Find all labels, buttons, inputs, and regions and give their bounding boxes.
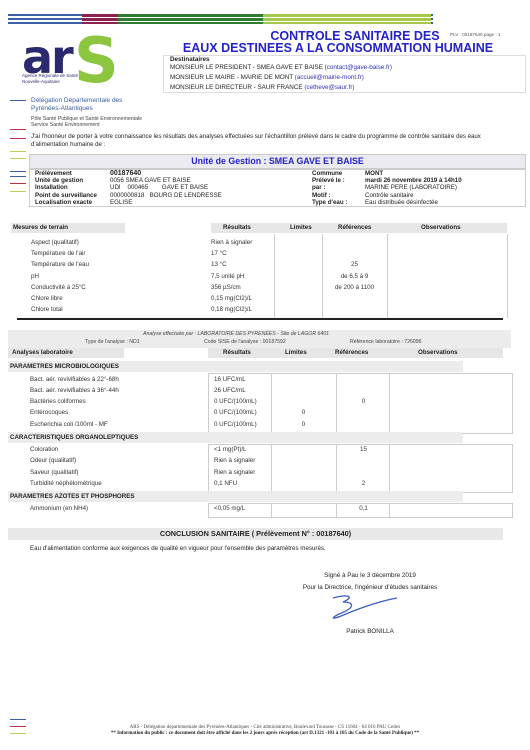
recipient-item: MONSIEUR LE DIRECTEUR - SAUR FRANCE (cet…: [170, 83, 525, 93]
lab-performed-by: Analyse effectuée par : LABORATOIRE DES …: [143, 331, 329, 337]
signature-place-date: Signé à Pau le 3 décembre 2019: [255, 572, 485, 579]
info-row: Installation UDI 000465 GAVE ET BAISE pa…: [30, 184, 525, 191]
recipient-name: MONSIEUR LE PRESIDENT - SMEA GAVE ET BAI…: [170, 64, 323, 71]
stripe-line: [82, 14, 118, 24]
param-name: Chlore total: [31, 304, 63, 315]
param-limit: 0: [276, 419, 331, 430]
lab-section-title: PARAMETRES MICROBIOLOGIQUES: [8, 361, 463, 372]
signatory-name: Patrick BONILLA: [255, 628, 485, 635]
lab-analysis-row: Coloration<1 mg(Pt)/L15: [0, 444, 530, 455]
param-reference: de 200 à 1100: [322, 282, 387, 293]
side-line-green: [10, 151, 26, 152]
col-references: Références: [335, 348, 368, 358]
signature-scribble-icon: [325, 592, 400, 624]
delegation-name: Délégation Départementale des Pyrénées-A…: [31, 97, 122, 113]
field-measures-header: Résultats Limites Références Observation…: [211, 223, 507, 233]
field-measure-row: Chlore libre0,15 mg(Cl2)/L: [0, 293, 530, 304]
info-value: Contrôle sanitaire: [365, 192, 414, 199]
param-name: Conductivité à 25°C: [31, 282, 86, 293]
info-label: Installation: [35, 184, 68, 191]
param-name: Bactéries coliformes: [30, 396, 86, 407]
col-limits: Limites: [285, 348, 307, 358]
info-value: 00187640: [110, 170, 141, 177]
col-references: Références: [338, 223, 371, 233]
footer-address: ARS - Délégation départementale des Pyré…: [0, 725, 530, 730]
info-value: Eau distribuée désinfectée: [365, 199, 438, 206]
param-name: Ammonium (en NH4): [30, 503, 88, 514]
param-name: Chlore libre: [31, 293, 63, 304]
param-name: Escherichia coli /100ml - MF: [30, 419, 108, 430]
field-measure-row: Température de l'air17 °C: [0, 248, 530, 259]
param-name: Coloration: [30, 444, 58, 455]
param-name: Bact. aér. revivifiables à 36°-44h: [30, 385, 119, 396]
param-result: 7,5 unité pH: [211, 271, 244, 282]
intro-text: J'ai l'honneur de porter à votre connais…: [31, 133, 501, 148]
lab-analysis-row: Bact. aér. revivifiables à 22°-68h16 UFC…: [0, 374, 530, 385]
field-measure-row: Aspect (qualitatif)Rien à signaler: [0, 237, 530, 248]
lab-analysis-row: Turbidité néphélométrique0,1 NFU2: [0, 478, 530, 489]
param-result: Rien à signaler: [211, 237, 252, 248]
lab-section-title: CARACTERISTIQUES ORGANOLEPTIQUES: [8, 432, 463, 443]
sample-info-table: Prélèvement 00187640 Commune MONT Unité …: [29, 169, 526, 207]
lab-analysis-row: Escherichia coli /100ml - MF0 UFC/(100mL…: [0, 419, 530, 430]
field-measures-title: Mesures de terrain: [11, 223, 125, 233]
lab-analysis-row: Ammonium (en NH4)<0,05 mg/L0,1: [0, 503, 530, 514]
col-observations: Observations: [421, 223, 461, 233]
side-line-red: [10, 129, 26, 130]
param-reference: 0,1: [336, 503, 391, 514]
lab-analysis-row: Saveur (qualitatif)Rien à signaler: [0, 467, 530, 478]
info-value: EGLISE: [110, 199, 132, 206]
recipient-email[interactable]: (contact@gave-baise.fr): [325, 64, 392, 71]
param-name: Odeur (qualitatif): [30, 455, 76, 466]
param-result: 356 µS/cm: [211, 282, 241, 293]
info-value: mardi 26 novembre 2019 à 14h10: [365, 177, 462, 184]
side-line-blue: [10, 100, 26, 101]
footer-notice: ** Information du public : ce document d…: [0, 731, 530, 736]
info-label: Commune: [312, 170, 342, 177]
param-reference: de 6,5 à 9: [322, 271, 387, 282]
param-result: <0,05 mg/L: [214, 503, 245, 514]
lab-sise-code: Code SISE de l'analyse : 00187592: [204, 339, 286, 345]
col-observations: Observations: [418, 348, 458, 358]
param-result: 16 UFC/mL: [214, 374, 246, 385]
col-results: Résultats: [223, 223, 251, 233]
pole-line2: Service Santé Environnement: [31, 123, 142, 129]
col-results: Résultats: [223, 348, 251, 358]
side-line-green: [10, 158, 26, 159]
param-result: 0,15 mg(Cl2)/L: [211, 293, 252, 304]
param-result: 13 °C: [211, 259, 227, 270]
info-row: Prélèvement 00187640 Commune MONT: [30, 170, 525, 177]
recipient-item: MONSIEUR LE PRESIDENT - SMEA GAVE ET BAI…: [170, 63, 525, 73]
side-line-blue: [10, 171, 26, 172]
field-measure-row: pH7,5 unité pHde 6,5 à 9: [0, 271, 530, 282]
info-value: MONT: [365, 170, 383, 177]
recipients-box: Destinataires MONSIEUR LE PRESIDENT - SM…: [163, 55, 526, 93]
field-measure-row: Température de l'eau13 °C25: [0, 259, 530, 270]
recipient-item: MONSIEUR LE MAIRE - MAIRIE DE MONT (accu…: [170, 73, 525, 83]
info-row: Unité de gestion 0056 SMEA GAVE ET BAISE…: [30, 177, 525, 184]
recipient-email[interactable]: (accueil@mairie-mont.fr): [295, 74, 364, 81]
ars-logo: ar S Agence Régionale de Santé Nouvelle-…: [22, 38, 112, 98]
info-label: Type d'eau :: [312, 199, 347, 206]
pole-name: Pôle Santé Publique et Santé Environneme…: [31, 117, 142, 128]
logo-s-text: S: [74, 24, 119, 97]
info-label: Localisation exacte: [35, 199, 92, 206]
plv-reference: PLV : 00187640 page : 1: [450, 32, 501, 37]
info-label: Motif :: [312, 192, 331, 199]
conclusion-title: CONCLUSION SANITAIRE ( Prélèvement N° : …: [8, 528, 503, 540]
lab-section-title: PARAMETRES AZOTES ET PHOSPHORES: [8, 491, 463, 502]
stripe-gap: [8, 17, 431, 18]
side-line-blue: [10, 176, 26, 177]
info-value: UDI 000465 GAVE ET BAISE: [110, 184, 208, 191]
param-name: Bact. aér. revivifiables à 22°-68h: [30, 374, 119, 385]
recipient-name: MONSIEUR LE DIRECTEUR - SAUR FRANCE: [170, 84, 303, 91]
field-measure-row: Chlore total0,18 mg(Cl2)/L: [0, 304, 530, 315]
conclusion-text: Eau d'alimentation conforme aux exigence…: [30, 545, 326, 552]
header-stripes: [8, 14, 433, 26]
param-name: pH: [31, 271, 39, 282]
lab-analyses-title: Analyses laboratoire: [8, 348, 124, 358]
lab-analysis-row: Bact. aér. revivifiables à 36°-44h26 UFC…: [0, 385, 530, 396]
section-divider: [17, 318, 503, 320]
unite-gestion-banner: Unité de Gestion : SMEA GAVE ET BAISE: [29, 154, 526, 169]
info-label: Point de surveillance: [35, 192, 97, 199]
info-row: Point de surveillance 0000000818 BOURG D…: [30, 192, 525, 199]
stripe-gap: [8, 21, 431, 22]
field-measure-row: Conductivité à 25°C356 µS/cmde 200 à 110…: [0, 282, 530, 293]
signature-role: Pour la Directrice, l'ingénieur d'études…: [255, 584, 485, 591]
param-name: Température de l'air: [31, 248, 86, 259]
param-result: Rien à signaler: [214, 467, 255, 478]
param-result: 0 UFC/(100mL): [214, 419, 257, 430]
param-result: 0,18 mg(Cl2)/L: [211, 304, 252, 315]
param-reference: 25: [322, 259, 387, 270]
param-result: 0,1 NFU: [214, 478, 237, 489]
info-row: Localisation exacte EGLISE Type d'eau : …: [30, 199, 525, 206]
recipient-name: MONSIEUR LE MAIRE - MAIRIE DE MONT: [170, 74, 293, 81]
param-name: Turbidité néphélométrique: [30, 478, 102, 489]
param-reference: 15: [336, 444, 391, 455]
param-result: Rien à signaler: [214, 455, 255, 466]
info-label: Prélèvement: [35, 170, 72, 177]
param-name: Saveur (qualitatif): [30, 467, 79, 478]
param-name: Entérocoques: [30, 407, 68, 418]
param-name: Aspect (qualitatif): [31, 237, 79, 248]
param-result: 0 UFC/(100mL): [214, 396, 257, 407]
info-label: Prélevé le :: [312, 177, 345, 184]
lab-analysis-type: Type de l'analyse : ND1: [85, 339, 140, 345]
info-label: par :: [312, 184, 325, 191]
stripe-line: [118, 14, 263, 24]
info-value: 0056 SMEA GAVE ET BAISE: [110, 177, 191, 184]
recipient-email[interactable]: (cetheve@saur.fr): [304, 84, 354, 91]
lab-analysis-row: Odeur (qualitatif)Rien à signaler: [0, 455, 530, 466]
footer-line-blue: [10, 719, 26, 720]
side-line-green: [10, 191, 26, 192]
info-label: Unité de gestion: [35, 177, 83, 184]
logo-subtitle-line2: Nouvelle-Aquitaine: [22, 79, 92, 85]
param-result: <1 mg(Pt)/L: [214, 444, 247, 455]
lab-analysis-row: Bactéries coliformes0 UFC/(100mL)0: [0, 396, 530, 407]
delegation-line1: Délégation Départementale des: [31, 97, 122, 105]
param-reference: 2: [336, 478, 391, 489]
param-result: 26 UFC/mL: [214, 385, 246, 396]
stripe-line: [263, 14, 431, 24]
col-limits: Limites: [290, 223, 312, 233]
info-value: 0000000818 BOURG DE LENDRESSE: [110, 192, 222, 199]
side-line-red: [10, 138, 26, 139]
param-result: 0 UFC/(100mL): [214, 407, 257, 418]
lab-analysis-row: Entérocoques0 UFC/(100mL)0: [0, 407, 530, 418]
param-limit: 0: [276, 407, 331, 418]
lab-info-banner: Analyse effectuée par : LABORATOIRE DES …: [8, 330, 511, 348]
side-line-red: [10, 183, 26, 184]
info-value: MARINE PERE (LABORATOIRE): [365, 184, 457, 191]
lab-analyses-header: Résultats Limites Références Observation…: [208, 348, 503, 358]
param-reference: 0: [336, 396, 391, 407]
lab-reference: Référence laboratoire : 726096: [350, 339, 422, 345]
param-name: Température de l'eau: [31, 259, 89, 270]
delegation-line2: Pyrénées-Atlantiques: [31, 105, 122, 113]
doc-title-line2: EAUX DESTINEES A LA CONSOMMATION HUMAINE: [158, 42, 518, 54]
logo-subtitle: Agence Régionale de Santé Nouvelle-Aquit…: [22, 73, 92, 85]
param-result: 17 °C: [211, 248, 227, 259]
